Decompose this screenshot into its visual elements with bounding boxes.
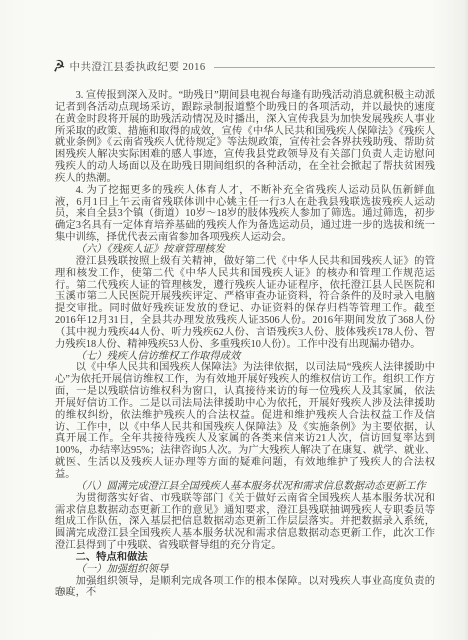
page-body: 3. 宣传报到深入及时。“助残日”期间县电视台每逢有助残活动消息就积极主动派记者…	[55, 90, 435, 599]
paragraph-data-update: 为贯彻落实好省、市残联等部门《关于做好云南省全国残疾人基本服务状况和需求信息数据…	[55, 493, 435, 552]
subheading-one: （一）加强组织领导	[55, 564, 435, 576]
header-title: 中共澄江县委执政纪要 2016	[69, 59, 205, 74]
book-page: ☭ 中共澄江县委执政纪要 2016 3. 宣传报到深入及时。“助残日”期间县电视…	[0, 0, 468, 640]
header-rule	[214, 67, 435, 68]
paragraph-cert-management: 澄江县残联按照上级有关精神，做好第二代《中华人民共和国残疾人证》的管理和核发工作…	[55, 256, 435, 351]
section-2-heading: 二、特点和做法	[55, 552, 435, 564]
subheading-6: （六）《残疾人证》按章管理核发	[55, 244, 435, 256]
paragraph-4: 4. 为了挖掘更多的残疾人体育人才，不断补充全省残疾人运动员队伍新鲜血液，6月1…	[55, 185, 435, 244]
party-emblem-icon: ☭	[51, 57, 67, 74]
paragraph-rights-protection: 以《中华人民共和国残疾人保障法》为法律依据，以司法局“残疾人法律援助中心”为依托…	[55, 362, 435, 480]
paragraph-3: 3. 宣传报到深入及时。“助残日”期间县电视台每逢有助残活动消息就积极主动派记者…	[55, 90, 435, 185]
paragraph-final: 加强组织领导，是顺利完成各项工作的根本保障。以对残疾人事业高度负责的态度，不	[55, 576, 435, 600]
subheading-7: （七）残疾人信访维权工作取得成效	[55, 351, 435, 363]
subheading-8: （八）圆满完成澄江县全国残疾人基本服务状况和需求信息数据动态更新工作	[55, 481, 435, 493]
page-number: 502	[55, 586, 72, 596]
page-header: ☭ 中共澄江县委执政纪要 2016	[52, 57, 435, 75]
